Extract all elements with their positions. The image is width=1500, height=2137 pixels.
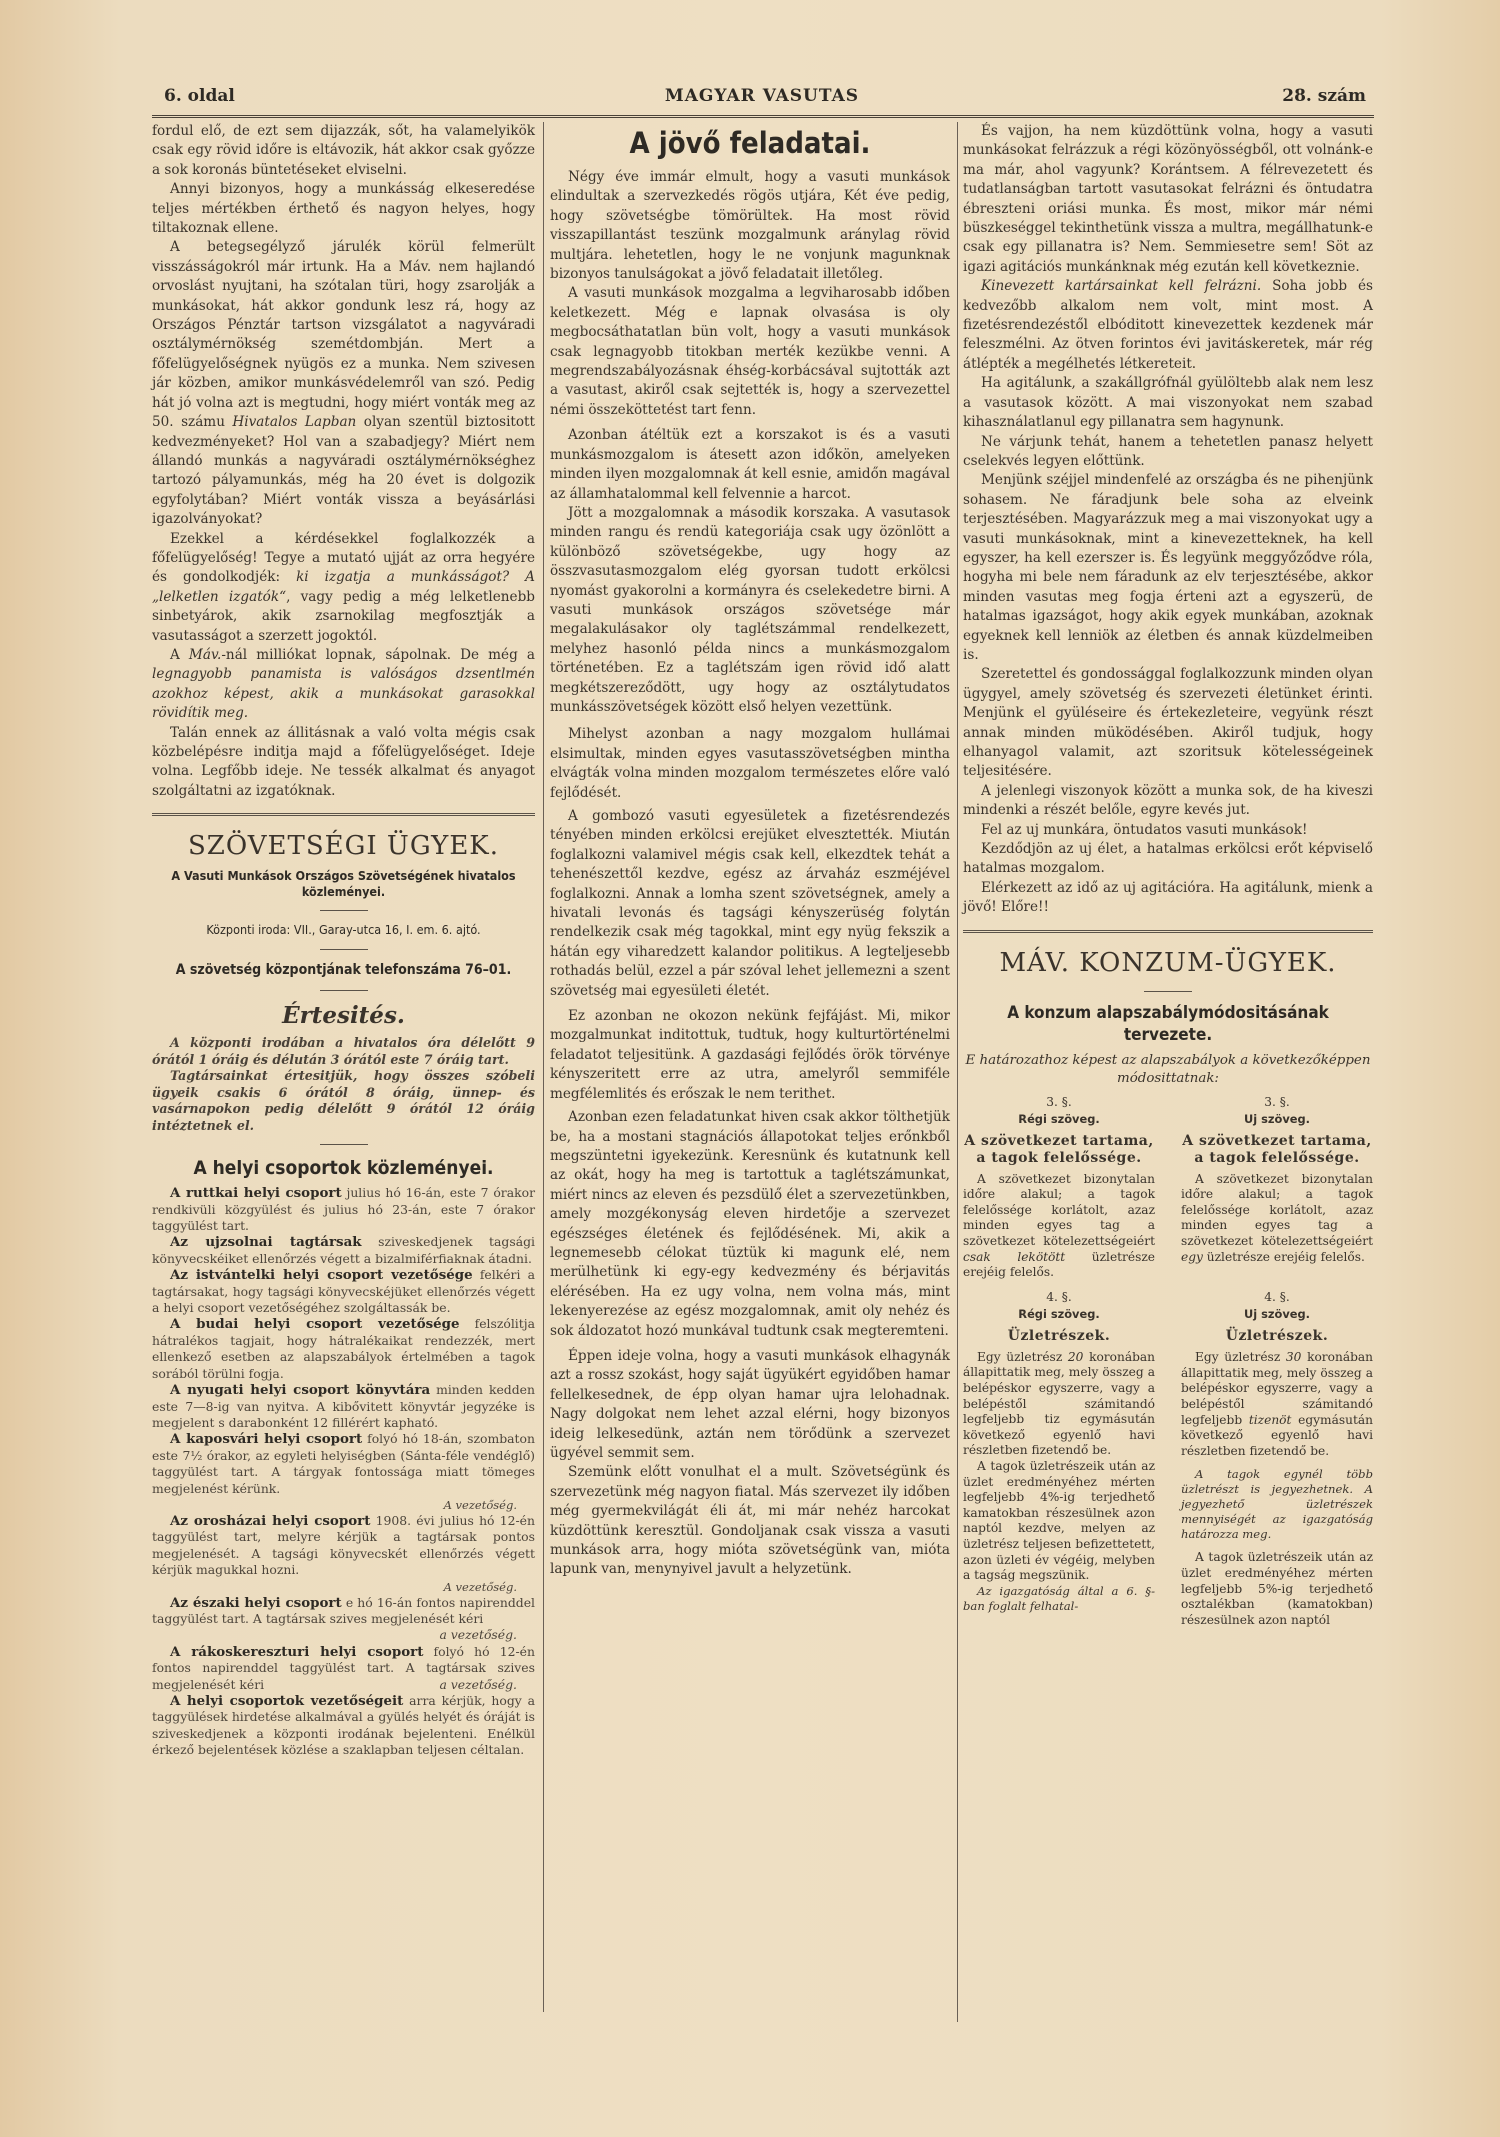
divider [320,910,368,911]
paragraph: Éppen ideje volna, hogy a vasuti munkáso… [550,1347,950,1463]
clause-text: A tagok üzletrészeik után az üzlet eredm… [1181,1550,1373,1628]
section-subtitle: A Vasuti Munkások Országos Szövetségének… [152,868,535,900]
divider [320,1144,368,1145]
paragraph: Ez azonban ne okozon nekünk fejfájást. M… [550,1007,950,1104]
clause-text: A szövetkezet bizonytalan időre alakul; … [963,1172,1155,1281]
list-item: Az orosházai helyi csoport 1908. évi jul… [152,1513,535,1579]
list-item: A helyi csoportok vezetőségeit arra kérj… [152,1693,535,1759]
paragraph: Elérkezett az idő az uj agitációra. Ha a… [963,879,1373,918]
local-groups-list: A ruttkai helyi csoport julius hó 16-án,… [152,1185,535,1758]
paragraph: Ne várjunk tehát, hanem a tehetetlen pan… [963,433,1373,472]
notice-title: Értesités. [152,1001,535,1031]
paragraph: És vajjon, ha nem küzdöttünk volna, hogy… [963,122,1373,277]
old-text-column: 3. §. Régi szöveg. A szövetkezet tartama… [963,1094,1155,1629]
column-divider-1 [543,122,544,2012]
list-item: Az istvántelki helyi csoport vezetősége … [152,1267,535,1316]
clause-text: Egy üzletrész 30 koronában állapittatik … [1181,1350,1373,1459]
newspaper-page: 6. oldal MAGYAR VASUTAS 28. szám fordul … [0,0,1500,2137]
clause-text: A tagok üzletrészeik után az üzlet eredm… [963,1459,1155,1584]
list-item: A ruttkai helyi csoport julius hó 16-án,… [152,1185,535,1234]
signature: A vezetőség. [152,1579,535,1595]
paragraph: Ezekkel a kérdésekkel foglalkozzék a főf… [152,530,535,646]
paragraph: A gombozó vasuti egyesületek a fizetésre… [550,807,950,1001]
section-number: 4. §. [1181,1289,1373,1306]
list-item: A nyugati helyi csoport könyvtára minden… [152,1382,535,1431]
paragraph: Azonban átéltük ezt a korszakot is és a … [550,426,950,504]
clause-title: A szövetkezet tartama, a tagok felelőssé… [963,1133,1155,1167]
paragraph: A betegsegélyző járulék körül felmerült … [152,238,535,529]
version-label: Régi szöveg. [963,1306,1155,1322]
italic-reference: Hivatalos Lapban [232,414,356,430]
notice-body: A központi irodában a hivatalos óra déle… [152,1035,535,1134]
column-middle: A jövő feladatai. Négy éve immár elmult,… [550,122,950,1580]
column-right: És vajjon, ha nem küzdöttünk volna, hogy… [963,122,1373,1628]
konzum-subtitle: A konzum alapszabálymódositásának tervez… [963,1002,1373,1046]
divider [320,949,368,950]
paragraph: Menjünk széjjel mindenfelé az országba é… [963,471,1373,665]
paragraph: A Máv.-nál milliókat lopnak, sápolnak. D… [152,646,535,724]
comparison-table: 3. §. Régi szöveg. A szövetkezet tartama… [963,1094,1373,1629]
konzum-intro: E határozathoz képest az alapszabályok a… [963,1052,1373,1088]
clause-text: A szövetkezet bizonytalan időre alakul; … [1181,1172,1373,1266]
notice-paragraph: Tagtársainkat értesitjük, hogy összes sz… [152,1068,535,1134]
paragraph: Talán ennek az állitásnak a való volta m… [152,724,535,802]
clause-text: Egy üzletrész 20 koronában állapittatik … [963,1350,1155,1459]
column-divider-2 [957,122,958,2022]
new-text-column: 3. §. Uj szöveg. A szövetkezet tartama, … [1181,1094,1373,1629]
clause-title: Üzletrészek. [1181,1328,1373,1345]
paragraph: Fel az uj munkára, öntudatos vasuti munk… [963,821,1373,840]
paragraph: Négy éve immár elmult, hogy a vasuti mun… [550,168,950,284]
section-rule [963,930,1373,933]
clause-note: Az igazgatóság által a 6. §-ban foglalt … [963,1584,1155,1614]
list-item: Az északi helyi csoport e hó 16-án fonto… [152,1595,535,1628]
phone-number: A szövetség központjának telefonszáma 76… [152,960,535,980]
local-groups-title: A helyi csoportok közleményei. [152,1155,535,1181]
version-label: Régi szöveg. [963,1111,1155,1127]
section-title-konzum: MÁV. KONZUM-ÜGYEK. [963,945,1373,981]
office-address: Központi iroda: VII., Garay-utca 16, I. … [152,921,535,939]
list-item: A budai helyi csoport vezetősége felszól… [152,1316,535,1382]
paragraph: fordul elő, de ezt sem dijazzák, sőt, ha… [152,122,535,180]
clause-title: A szövetkezet tartama, a tagok felelőssé… [1181,1133,1373,1167]
version-label: Uj szöveg. [1181,1306,1373,1322]
paragraph: Szemünk előtt vonulhat el a mult. Szövet… [550,1463,950,1579]
list-item: A kaposvári helyi csoport folyó hó 18-án… [152,1431,535,1497]
section-number: 3. §. [963,1094,1155,1111]
paragraph: Kinevezett kartársainkat kell felrázni. … [963,277,1373,374]
section-number: 4. §. [963,1289,1155,1306]
paragraph: Annyi bizonyos, hogy a munkásság elkeser… [152,180,535,238]
newspaper-title: MAGYAR VASUTAS [152,86,1372,106]
signature: A vezetőség. [152,1497,535,1513]
paragraph: A vasuti munkások mozgalma a legviharosa… [550,284,950,420]
clause-note: A tagok egynél több üzletrészt is jegyez… [1181,1467,1373,1542]
paragraph: Szeretettel és gondossággal foglalkozzun… [963,665,1373,781]
list-item: Az ujzsolnai tagtársak sziveskedjenek ta… [152,1234,535,1267]
paragraph: A jelenlegi viszonyok között a munka sok… [963,782,1373,821]
section-rule [152,813,535,816]
masthead: 6. oldal MAGYAR VASUTAS 28. szám [152,86,1372,110]
paragraph: Mihelyst azonban a nagy mozgalom hulláma… [550,725,950,803]
masthead-rule [152,115,1374,118]
paragraph: Azonban ezen feladatunkat hiven csak akk… [550,1108,950,1341]
paragraph: Kezdődjön az uj élet, a hatalmas erkölcs… [963,840,1373,879]
divider [1144,991,1192,992]
version-label: Uj szöveg. [1181,1111,1373,1127]
notice-paragraph: A központi irodában a hivatalos óra déle… [152,1035,535,1068]
section-number: 3. §. [1181,1094,1373,1111]
paragraph: Jött a mozgalomnak a második korszaka. A… [550,504,950,717]
article-title: A jövő feladatai. [550,124,950,162]
column-left: fordul elő, de ezt sem dijazzák, sőt, ha… [152,122,535,1759]
clause-title: Üzletrészek. [963,1328,1155,1345]
divider [320,990,368,991]
section-title-szovetsegi: SZÖVETSÉGI ÜGYEK. [152,828,535,864]
list-item: A rákoskereszturi helyi csoport folyó hó… [152,1644,535,1693]
paragraph: Ha agitálunk, a szakállgrófnál gyülölteb… [963,374,1373,432]
issue-number: 28. szám [1282,86,1366,106]
